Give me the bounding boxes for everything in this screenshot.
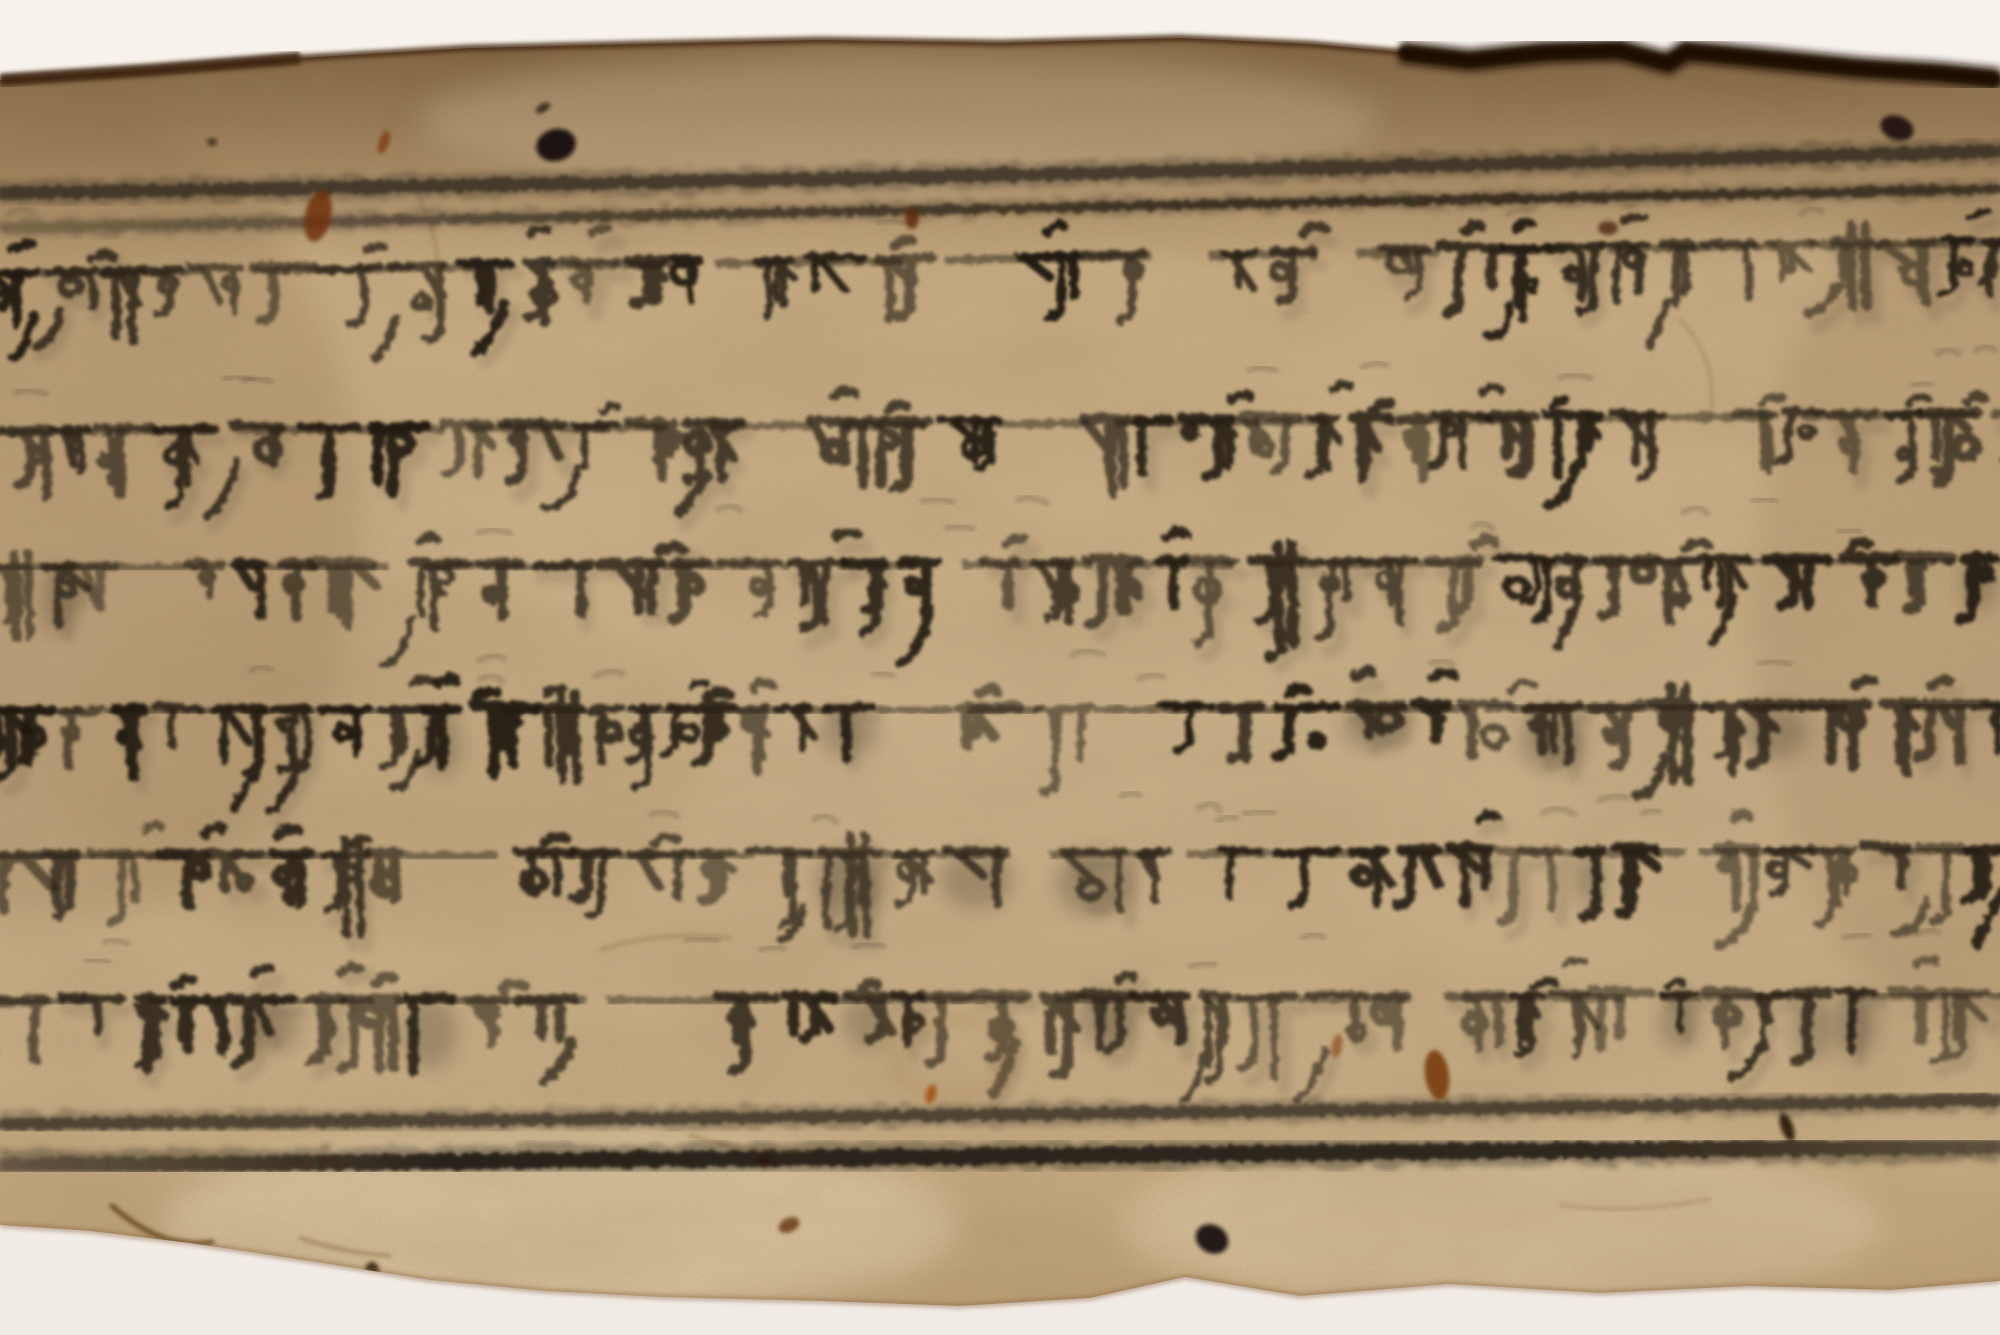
brown-fleck	[905, 207, 919, 229]
brown-fleck	[1598, 221, 1618, 235]
ink-smear	[1659, 995, 1699, 1048]
interline-mark	[1242, 811, 1275, 814]
interline-mark	[1751, 499, 1778, 502]
manuscript-page	[0, 25, 2000, 1325]
manuscript-render	[0, 0, 2000, 1335]
ink-smear	[1573, 852, 1606, 904]
interline-mark	[684, 938, 719, 941]
ink-smear	[940, 851, 1013, 908]
dark-fleck	[207, 138, 217, 146]
ink-smear	[1833, 991, 1878, 1057]
ink-smear	[422, 710, 461, 777]
ink-smear	[43, 568, 77, 634]
ink-smear	[1961, 559, 1997, 611]
ink-smear	[1076, 994, 1136, 1046]
interline-mark	[85, 960, 110, 963]
interline-mark	[222, 377, 255, 380]
ink-smear	[1056, 851, 1131, 914]
ink-smear	[1742, 705, 1807, 760]
interline-mark	[1978, 189, 2000, 192]
ink-smear	[1342, 705, 1409, 749]
interline-mark	[1837, 530, 1862, 533]
ink-smear	[1519, 708, 1586, 770]
ink-smear	[1794, 993, 1833, 1059]
ink-smear	[235, 1000, 299, 1050]
interline-mark	[1911, 383, 1932, 386]
ink-smear	[819, 709, 878, 756]
manuscript-photo	[0, 0, 2000, 1335]
ink-smear	[401, 998, 457, 1068]
ink-smear	[844, 996, 890, 1048]
dark-fleck	[757, 1156, 773, 1168]
ink-smear	[815, 852, 887, 917]
